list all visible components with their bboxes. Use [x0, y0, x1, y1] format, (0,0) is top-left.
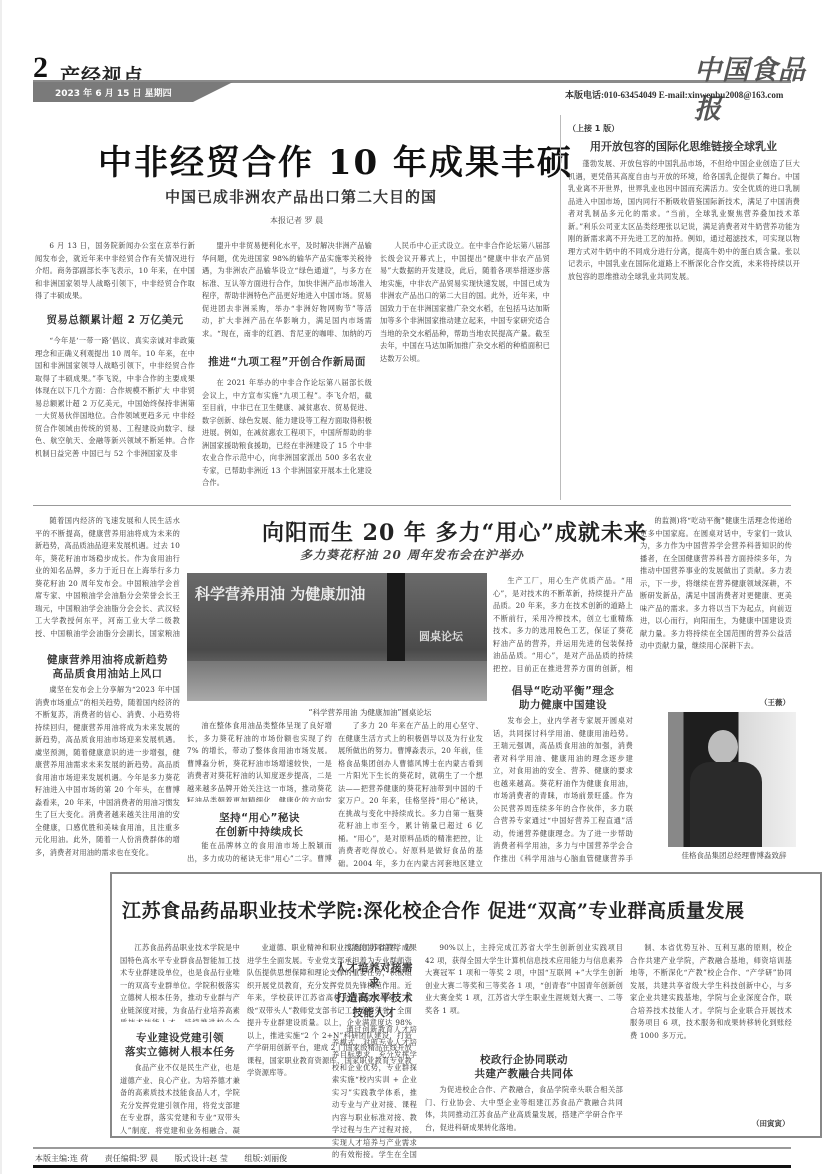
- article2-column-3: 了多力 20 年来在产品上的用心坚守、在健康生活方式上的积极倡导以及为行业发展所…: [338, 720, 483, 868]
- speaker-body: [690, 762, 762, 847]
- article2-subheadline: 多力葵花籽油 20 周年发布会在沪举办: [300, 546, 524, 563]
- forum-photo: 科学营养用油 为健康加油 圆桌论坛: [187, 573, 487, 701]
- article1-body: “今年是‘一带一路’倡议、真实亲诚对非政策理念和正确义利观提出 10 周年。10…: [35, 335, 195, 505]
- article3-section1-title-line1: 专业建设党建引领: [120, 1030, 240, 1045]
- article2-section1-title-line1: 健康营养用油将成新趋势: [35, 652, 180, 667]
- article1-subheadline: 中国已成非洲农产品出口第二大目的国: [165, 186, 437, 207]
- article2-headline: 向阳而生 20 年 多力“用心”成就未来: [262, 516, 647, 547]
- article3-section3-title-line2: 共建产教融合共同体: [425, 1066, 623, 1081]
- article1-column-2: 盟升中非贸易便利化水平，及时解决非洲产品输华问题，优先进国家 98%的输华产品实…: [202, 240, 372, 500]
- article1-column-1: 6 月 13 日，国务院新闻办公室在京举行新闻发布会，就近年来中非经贸合作有关情…: [35, 240, 195, 500]
- footer-credits: 本版主编:连 荷 责任编辑:罗 晨 版式设计:赵 莹 组版:刘丽俊: [35, 1153, 301, 1164]
- forum-photo-caption: “科学营养用油 为健康加油”圆桌论坛: [270, 707, 470, 718]
- continued-from-tag: （上接 1 版）: [568, 123, 619, 134]
- article2-section3-title-line1: 倡导“吃动平衡”理念: [493, 683, 633, 698]
- section-divider: [33, 505, 791, 506]
- article3-headline: 江苏食品药品职业技术学院:深化校企合作 促进“双高”专业群高质量发展: [122, 896, 745, 923]
- article2-section2-title-line2: 在创新中持续成长: [187, 824, 332, 839]
- article2-body-4: 发布会上，业内学者专家展开圆桌对话，共同探讨科学用油、健康用油趋势。王瑞元强调，…: [493, 715, 633, 865]
- article3-column-3-content: 实现江苏省教学成果一等奖。 人才培养对接需求 打造高水平技术技能人才 通过创新教…: [332, 942, 417, 1132]
- article3-author: （田寅寅）: [752, 1118, 790, 1129]
- article3-body-2: 通过创新教育人才培养模式，对照专业人才培养目标要求，充分发挥学校和企业优势，专业…: [332, 1024, 417, 1159]
- article1-section1-title: 贸易总额累计超 2 万亿美元: [35, 312, 195, 327]
- article3-section1-title-line2: 落实立德树人根本任务: [120, 1044, 240, 1059]
- article3-column-4: 90%以上，主持完成江苏省大学生创新创业实践项目 42 项，获得全国大学生计算机…: [425, 942, 623, 1042]
- article1-body-3: 在 2021 年举办的中非合作论坛第八届部长级会议上，中方宣布实施“九项工程”。…: [202, 377, 372, 502]
- sidebar-title: 用开放包容的国际化思维链接全球乳业: [590, 138, 777, 154]
- article3-col3-lead: 实现江苏省教学成果一等奖。: [332, 942, 417, 956]
- footer-proofreader: 组版:刘丽俊: [244, 1154, 287, 1163]
- photo-stage: [187, 661, 487, 701]
- article1-body-2: 盟升中非贸易便利化水平，及时解决非洲产品输华问题，优先进国家 98%的输华产品实…: [202, 240, 372, 338]
- article1-intro: 6 月 13 日，国务院新闻办公室在京举行新闻发布会，就近年来中非经贸合作有关情…: [35, 240, 195, 302]
- article2-body-1: 虞坚在发布会上分享解为“2023 年中国消费市场重点”的相关趋势，随着国内经济的…: [35, 684, 180, 864]
- article1-section2-title: 推进“九项工程”开创合作新局面: [202, 354, 372, 369]
- contact-info: 本版电话:010-63454049 E-mail:xinwenbu2008@16…: [565, 88, 783, 101]
- speaker-photo-caption: 佳格食品集团总经理曹博淼致辞: [660, 850, 808, 861]
- article1-headline: 中非经贸合作 10 年成果丰硕: [98, 135, 573, 184]
- speaker-photo: [668, 712, 796, 847]
- article2-column-4: 生产工厂，用心生产优质产品。“用心”，是对技术的不断革新，持续提升产品品质。20…: [493, 575, 633, 673]
- article2-column-5: 的监测)将“吃动平衡”健康生活理念传递给更多中国家庭。在圆桌对话中，专家们一致认…: [640, 515, 792, 687]
- article3-body-1: 食品产业不仅是民生产业，也是道德产业、良心产业。为培养德才兼备的高素质技术技能食…: [120, 1062, 240, 1134]
- article3-section2-title-line1: 人才培养对接需求: [332, 960, 417, 990]
- article3-body-3: 为促进校企合作、产教融合，食品学院牵头联合相关部门、行业协会、大中型企业等组建江…: [425, 1084, 623, 1134]
- footer-rule: [33, 1147, 791, 1149]
- article2-intro: 随着国内经济的飞速发展和人民生活水平的不断提高，健康营养用油将成为未来的新趋势，…: [35, 515, 180, 640]
- footer-responsible-editor: 责任编辑:罗 晨: [105, 1154, 158, 1163]
- article2-body-3: 能在品牌林立的食用油市场上脱颖而出，多力成功的秘诀无非“用心”二字。曹博淼分享了…: [187, 840, 332, 865]
- photo-banner-text: 科学营养用油 为健康加油: [195, 583, 365, 604]
- article1-byline: 本报记者 罗 晨: [270, 215, 323, 226]
- page-edge: [0, 0, 2, 1174]
- article2-section1-title-line2: 高品质食用油站上风口: [35, 666, 180, 681]
- article3-column-5: 制、本省优势互补、互利互惠的原则，校企合作共建产业学院，产教融合基地，师资培训基…: [630, 942, 792, 1112]
- article2-section3-title-line2: 助力健康中国建设: [493, 697, 633, 712]
- footer-layout-design: 版式设计:赵 莹: [175, 1154, 228, 1163]
- sidebar-body: 蓬勃发展、开放包容的中国乳品市场，不但给中国企业创造了巨大机遇，更凭借其高度自由…: [568, 158, 800, 498]
- article2-body-2: 油在整体食用油品类整体呈现了良好增长，多力葵花籽油的市场份额也实现了约 7% 的…: [187, 720, 332, 802]
- article2-section2-title-line1: 坚持“用心”秘诀: [187, 810, 332, 825]
- photo-panel-text: 圆桌论坛: [419, 628, 463, 644]
- page-number: 2: [33, 53, 48, 83]
- article3-section3-title-line1: 校政行企协同联动: [425, 1052, 623, 1067]
- footer-bottom-rule: [33, 1165, 791, 1168]
- article3-intro: 江苏食品药品职业技术学院是中国特色高水平专业群食品智能加工技术专业群建设单位，也…: [120, 942, 240, 1022]
- article1-column-3: 人民币中心正式设立。在中非合作论坛第八届部长级会议开幕式上，中国提出“健康中非农…: [380, 240, 550, 495]
- issue-date: 2023 年 6 月 15 日 星期四: [55, 86, 172, 99]
- article3-section2-title-line2: 打造高水平技术技能人才: [332, 990, 417, 1020]
- article2-author: （王薇）: [760, 697, 790, 708]
- speaker-head: [708, 730, 738, 764]
- footer-editor-in-chief: 本版主编:连 荷: [35, 1154, 88, 1163]
